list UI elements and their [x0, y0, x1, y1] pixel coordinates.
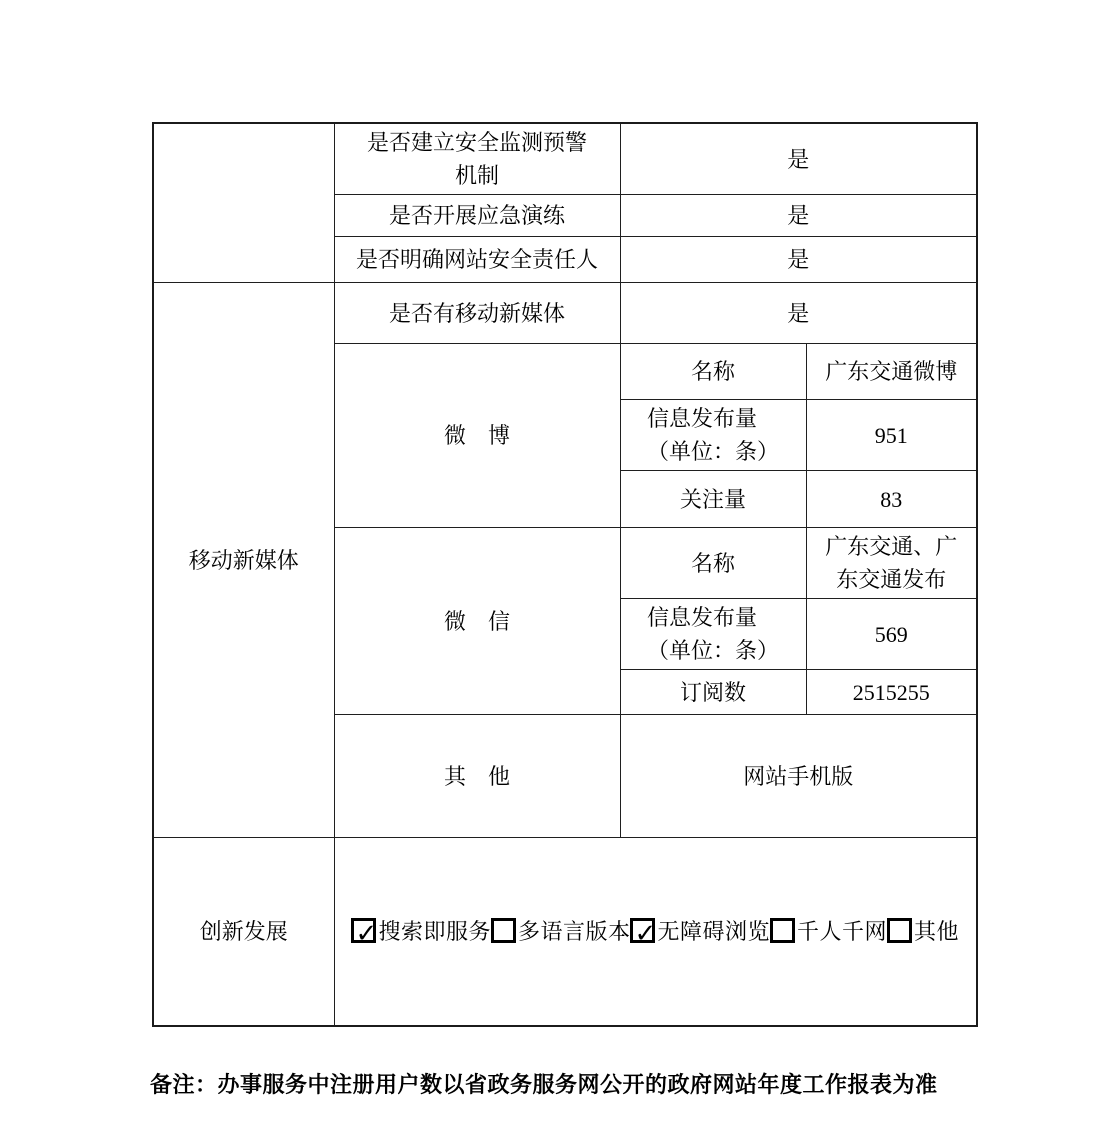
cell-label-security-monitoring: 是否建立安全监测预警 机制: [334, 123, 620, 195]
innovation-option: 多语言版本: [491, 919, 631, 944]
footnote: 备注：办事服务中注册用户数以省政务服务网公开的政府网站年度工作报表为准: [150, 1068, 938, 1099]
cell-value-weibo-posts: 951: [806, 400, 977, 471]
checkbox-icon[interactable]: [491, 918, 516, 943]
security-monitoring-label: 是否建立安全监测预警 机制: [367, 130, 587, 188]
weibo-posts-label: 信息发布量 （单位：条）: [647, 402, 779, 468]
cell-value-weibo-followers: 83: [806, 471, 977, 528]
innovation-option: 其他: [887, 919, 959, 944]
cell-label-weibo-followers: 关注量: [620, 471, 806, 528]
cell-label-wechat-subscribers: 订阅数: [620, 670, 806, 715]
table-row: 是否建立安全监测预警 机制 是: [153, 123, 977, 195]
cell-label-emergency-drill: 是否开展应急演练: [334, 195, 620, 237]
cell-label-wechat-posts: 信息发布量 （单位：条）: [620, 599, 806, 670]
cell-label-wechat-name: 名称: [620, 528, 806, 599]
wechat-posts-label: 信息发布量 （单位：条）: [647, 601, 779, 667]
innovation-option: 搜索即服务: [351, 919, 491, 944]
checkbox-icon[interactable]: [770, 918, 795, 943]
cell-value-emergency-drill: 是: [620, 195, 977, 237]
annual-report-table: 是否建立安全监测预警 机制 是 是否开展应急演练 是 是否明确网站安全责任人 是…: [152, 122, 978, 1027]
cell-label-wechat: 微 信: [334, 528, 620, 715]
category-cell-innovation: 创新发展: [153, 838, 334, 1026]
cell-value-wechat-name: 广东交通、广 东交通发布: [806, 528, 977, 599]
checkbox-icon[interactable]: [351, 918, 376, 943]
category-cell-empty: [153, 123, 334, 283]
cell-value-wechat-subscribers: 2515255: [806, 670, 977, 715]
innovation-option: 千人千网: [770, 919, 887, 944]
cell-label-other-media: 其 他: [334, 715, 620, 838]
innovation-option: 无障碍浏览: [630, 919, 770, 944]
cell-label-weibo-posts: 信息发布量 （单位：条）: [620, 400, 806, 471]
innovation-option-label: 搜索即服务: [378, 919, 491, 944]
cell-label-has-mobile-media: 是否有移动新媒体: [334, 283, 620, 344]
cell-value-other-media: 网站手机版: [620, 715, 977, 838]
cell-value-has-mobile-media: 是: [620, 283, 977, 344]
innovation-option-label: 多语言版本: [518, 919, 631, 944]
wechat-name-value: 广东交通、广 东交通发布: [825, 534, 957, 592]
document-page: 是否建立安全监测预警 机制 是 是否开展应急演练 是 是否明确网站安全责任人 是…: [0, 0, 1103, 1136]
table-row: 创新发展 搜索即服务多语言版本无障碍浏览千人千网其他: [153, 838, 977, 1026]
cell-value-security-responsible: 是: [620, 237, 977, 283]
category-cell-mobile-media: 移动新媒体: [153, 283, 334, 838]
innovation-option-label: 千人千网: [797, 919, 887, 944]
cell-value-security-monitoring: 是: [620, 123, 977, 195]
cell-value-wechat-posts: 569: [806, 599, 977, 670]
checkbox-icon[interactable]: [887, 918, 912, 943]
cell-value-weibo-name: 广东交通微博: [806, 344, 977, 400]
innovation-option-label: 无障碍浏览: [657, 919, 770, 944]
table-row: 移动新媒体 是否有移动新媒体 是: [153, 283, 977, 344]
cell-label-weibo: 微 博: [334, 344, 620, 528]
cell-label-weibo-name: 名称: [620, 344, 806, 400]
checkbox-icon[interactable]: [630, 918, 655, 943]
cell-label-security-responsible: 是否明确网站安全责任人: [334, 237, 620, 283]
cell-innovation-options: 搜索即服务多语言版本无障碍浏览千人千网其他: [334, 838, 977, 1026]
innovation-option-label: 其他: [914, 919, 959, 944]
